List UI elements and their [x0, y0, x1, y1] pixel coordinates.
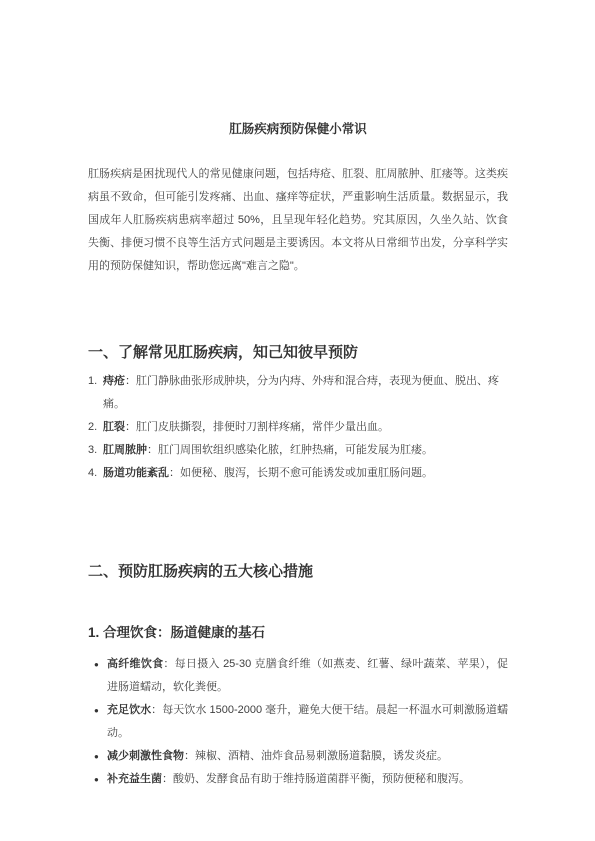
list-item-text: 肠道功能紊乱：如便秘、腹泻，长期不愈可能诱发或加重肛肠问题。 — [103, 462, 508, 485]
list-item-desc: ：肛门皮肤撕裂，排便时刀割样疼痛，常伴少量出血。 — [125, 421, 389, 433]
section-2-heading: 二、预防肛肠疾病的五大核心措施 — [88, 561, 508, 582]
diet-bullet-list: ●高纤维饮食：每日摄入 25-30 克膳食纤维（如燕麦、红薯、绿叶蔬菜、苹果），… — [88, 653, 508, 791]
doc-title: 肛肠疾病预防保健小常识 — [88, 0, 508, 137]
list-item: 4. 肠道功能紊乱：如便秘、腹泻，长期不愈可能诱发或加重肛肠问题。 — [88, 462, 508, 485]
list-item-desc: ：肛门静脉曲张形成肿块，分为内痔、外痔和混合痔，表现为便血、脱出、疼痛。 — [103, 375, 499, 410]
bullet-item: ●高纤维饮食：每日摄入 25-30 克膳食纤维（如燕麦、红薯、绿叶蔬菜、苹果），… — [88, 653, 508, 699]
bullet-item: ●充足饮水：每天饮水 1500-2000 毫升，避免大便干结。晨起一杯温水可刺激… — [88, 699, 508, 745]
list-item-number: 4. — [88, 462, 103, 485]
bullet-term: 补充益生菌 — [107, 773, 162, 785]
list-item-number: 1. — [88, 370, 103, 416]
bullet-desc: ：辣椒、酒精、油炸食品易刺激肠道黏膜，诱发炎症。 — [184, 750, 448, 762]
list-item-desc: ：肛门周围软组织感染化脓，红肿热痛，可能发展为肛瘘。 — [147, 444, 433, 456]
bullet-marker-icon: ● — [94, 699, 99, 722]
list-item: 3. 肛周脓肿：肛门周围软组织感染化脓，红肿热痛，可能发展为肛瘘。 — [88, 439, 508, 462]
bullet-term: 高纤维饮食 — [107, 658, 163, 670]
bullet-desc: ：每天饮水 1500-2000 毫升，避免大便干结。晨起一杯温水可刺激肠道蠕动。 — [107, 704, 508, 739]
bullet-marker-icon: ● — [94, 653, 99, 676]
list-item: 1. 痔疮：肛门静脉曲张形成肿块，分为内痔、外痔和混合痔，表现为便血、脱出、疼痛… — [88, 370, 508, 416]
section-1-heading: 一、了解常见肛肠疾病，知己知彼早预防 — [88, 342, 508, 363]
list-item-desc: ：如便秘、腹泻，长期不愈可能诱发或加重肛肠问题。 — [169, 467, 433, 479]
bullet-term: 减少刺激性食物 — [107, 750, 184, 762]
disease-numbered-list: 1. 痔疮：肛门静脉曲张形成肿块，分为内痔、外痔和混合痔，表现为便血、脱出、疼痛… — [88, 370, 508, 485]
bullet-marker-icon: ● — [94, 745, 99, 768]
list-item-text: 肛裂：肛门皮肤撕裂，排便时刀割样疼痛，常伴少量出血。 — [103, 416, 508, 439]
bullet-term: 充足饮水 — [107, 704, 151, 716]
subsection-heading: 1. 合理饮食：肠道健康的基石 — [88, 623, 508, 642]
bullet-desc: ：每日摄入 25-30 克膳食纤维（如燕麦、红薯、绿叶蔬菜、苹果），促进肠道蠕动… — [107, 658, 508, 693]
list-item-term: 痔疮 — [103, 375, 125, 387]
list-item-term: 肛周脓肿 — [103, 444, 147, 456]
list-item-text: 痔疮：肛门静脉曲张形成肿块，分为内痔、外痔和混合痔，表现为便血、脱出、疼痛。 — [103, 370, 508, 416]
list-item: 2. 肛裂：肛门皮肤撕裂，排便时刀割样疼痛，常伴少量出血。 — [88, 416, 508, 439]
list-item-number: 3. — [88, 439, 103, 462]
bullet-marker-icon: ● — [94, 768, 99, 791]
bullet-desc: ：酸奶、发酵食品有助于维持肠道菌群平衡，预防便秘和腹泻。 — [162, 773, 470, 785]
list-item-text: 肛周脓肿：肛门周围软组织感染化脓，红肿热痛，可能发展为肛瘘。 — [103, 439, 508, 462]
bullet-item: ●减少刺激性食物：辣椒、酒精、油炸食品易刺激肠道黏膜，诱发炎症。 — [88, 745, 508, 768]
intro-paragraph: 肛肠疾病是困扰现代人的常见健康问题，包括痔疮、肛裂、肛周脓肿、肛瘘等。这类疾病虽… — [88, 163, 508, 278]
list-item-term: 肛裂 — [103, 421, 125, 433]
list-item-term: 肠道功能紊乱 — [103, 467, 169, 479]
document-page: 肛肠疾病预防保健小常识 肛肠疾病是困扰现代人的常见健康问题，包括痔疮、肛裂、肛周… — [0, 0, 595, 841]
list-item-number: 2. — [88, 416, 103, 439]
bullet-item: ●补充益生菌：酸奶、发酵食品有助于维持肠道菌群平衡，预防便秘和腹泻。 — [88, 768, 508, 791]
